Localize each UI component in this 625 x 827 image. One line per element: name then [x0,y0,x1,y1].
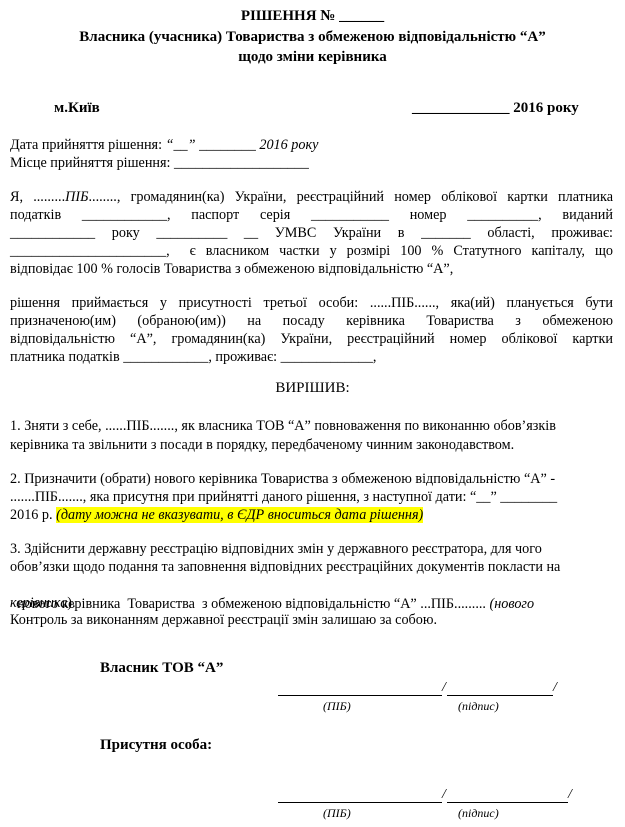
resolved-heading: ВИРІШИВ: [0,380,625,397]
document-subtitle-2: щодо зміни керівника [0,48,625,67]
owner-name-line[interactable] [278,695,442,696]
item-3-line-2: обов’язки щодо подання та заповнення від… [10,558,613,577]
owner-slash-1: / [442,680,446,696]
intro-line-3: ____________ року __________ __ УМВС Укр… [10,224,613,243]
presence-line-1: рішення приймається у присутності третьо… [10,294,613,313]
item-2-line-1: 2. Призначити (обрати) нового керівника … [10,470,613,489]
present-person-label: Присутня особа: [100,737,212,754]
item-1-line-1: 1. Зняти з себе, ......ПІБ......., як вл… [10,417,613,436]
owner-signature-line[interactable] [447,695,553,696]
owner-name-placeholder: ПІБ [65,189,88,205]
item-3-line-1: 3. Здійснити державну реєстрацію відпові… [10,540,613,559]
present-name-caption: (ПІБ) [323,806,351,821]
header-date: _____________ 2016 року [412,100,579,117]
item-1-line-2: керівника та звільнити з посади в порядк… [10,436,613,455]
intro-line-1: Я, .........ПІБ........, громадянин(ка) … [10,188,613,207]
present-slash-2: / [568,787,572,803]
decision-place-value[interactable]: ___________________ [174,155,309,171]
intro-line-2: податків ____________, паспорт серія ___… [10,206,613,225]
presence-line-3: відповідальністю “А”, громадянин(ка) Укр… [10,330,613,349]
city: м.Київ [54,100,100,117]
item-2-line-2: .......ПІБ......., яка присутня при прий… [10,488,613,507]
item-2-line-3: 2016 р. (дату можна не вказувати, в ЄДР … [10,506,613,525]
decision-date-value[interactable]: “__” ________ 2016 року [166,137,319,153]
owner-slash-2: / [553,680,557,696]
owner-name-caption: (ПІБ) [323,699,351,714]
presence-line-4: платника податків ____________, проживає… [10,348,613,367]
present-slash-1: / [442,787,446,803]
intro-line-5: відповідає 100 % голосів Товариства з об… [10,260,613,279]
document-subtitle: Власника (учасника) Товариства з обмежен… [0,28,625,47]
presence-line-2: призначеною(им) (обраною(им)) на посаду … [10,312,613,331]
decision-place-label: Місце прийняття рішення: [10,155,174,171]
decision-place: Місце прийняття рішення: _______________… [10,154,613,173]
decision-date: Дата прийняття рішення: “__” ________ 20… [10,136,613,155]
intro-line-4: ______________________, є власником част… [10,242,613,261]
present-name-line[interactable] [278,802,442,803]
highlighted-note: (дату можна не вказувати, в ЄДР вноситьс… [56,507,423,523]
present-signature-line[interactable] [447,802,568,803]
owner-signature-label: Власник ТОВ “А” [100,660,223,677]
control-statement: Контроль за виконанням державної реєстра… [10,611,613,630]
owner-signature-caption: (підпис) [458,699,499,714]
decision-date-label: Дата прийняття рішення: [10,137,166,153]
document-title: РІШЕННЯ № ______ [0,7,625,26]
present-signature-caption: (підпис) [458,806,499,821]
